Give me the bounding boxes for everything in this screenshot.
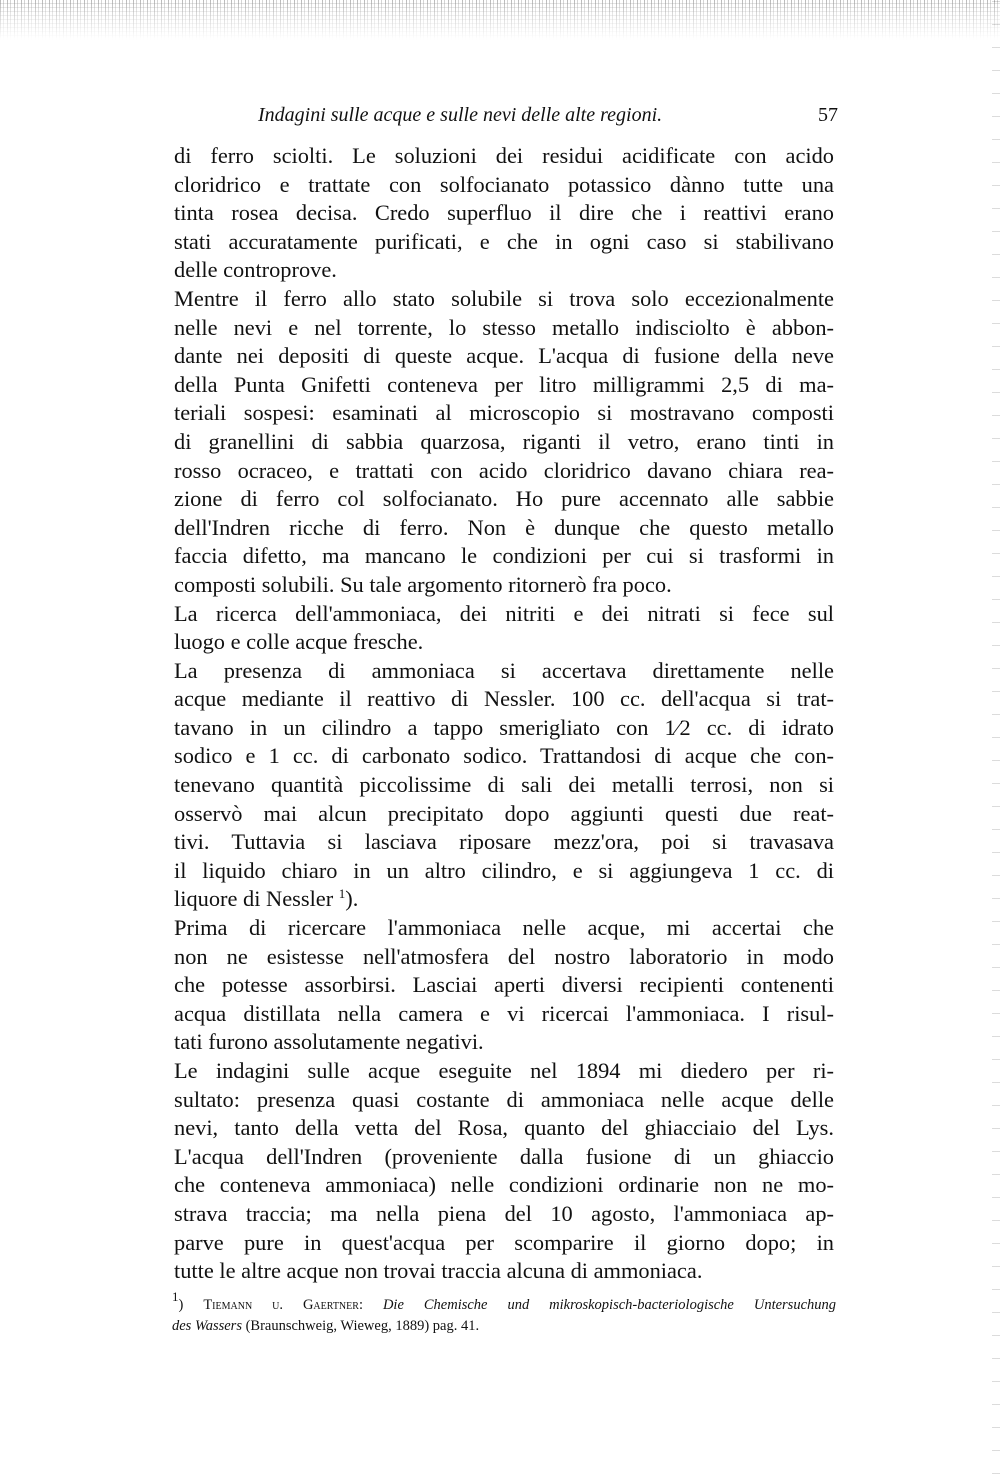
footnote-line-1: 1) Tiemann u. Gaertner: Die Chemische un… [172,1295,836,1316]
text-line-content: di ferro sciolti. Le soluzioni dei resid… [174,143,834,168]
text-line-content: rosso ocraceo, e trattati con acido clor… [174,458,834,483]
text-line-content: di granellini di sabbia quarzosa, rigant… [174,429,834,454]
footnote: 1) Tiemann u. Gaertner: Die Chemische un… [172,1295,836,1337]
text-line-content: stati accuratamente purificati, e che in… [174,229,834,254]
text-line-content: sultato: presenza quasi costante di ammo… [174,1087,834,1112]
text-line-content: che potesse assorbirsi. Lasciai aperti d… [174,972,834,997]
text-line: La presenza di ammoniaca si accertava di… [174,657,834,686]
text-line-content: luogo e colle acque fresche. [174,629,423,654]
text-line: rosso ocraceo, e trattati con acido clor… [174,457,834,486]
text-line-content: faccia difetto, ma mancano le condizioni… [174,543,834,568]
text-line: delle controprove. [174,256,834,285]
text-line: di granellini di sabbia quarzosa, rigant… [174,428,834,457]
text-line: tenevano quantità piccolissime di sali d… [174,771,834,800]
text-line: dante nei depositi di queste acque. L'ac… [174,342,834,371]
text-line-content: Mentre il ferro allo stato solubile si t… [174,286,834,311]
footnote-colon: : [359,1297,363,1313]
text-line: faccia difetto, ma mancano le condizioni… [174,542,834,571]
text-line-content: strava traccia; ma nella piena del 10 ag… [174,1201,834,1226]
text-line: non ne esistesse nell'atmosfera del nost… [174,943,834,972]
text-line-content: Le indagini sulle acque eseguite nel 189… [174,1058,834,1083]
text-line: Prima di ricercare l'ammoniaca nelle acq… [174,914,834,943]
footnote-title-part2: des Wassers [172,1318,242,1334]
text-line: zione di ferro col solfocianato. Ho pure… [174,485,834,514]
paragraph: di ferro sciolti. Le soluzioni dei resid… [174,142,834,285]
text-line: che conteneva ammoniaca) nelle condizion… [174,1171,834,1200]
footnote-authors: Tiemann u. Gaertner [203,1297,359,1313]
text-line: strava traccia; ma nella piena del 10 ag… [174,1200,834,1229]
trailing-punctuation: ). [345,886,358,911]
text-line-content: che conteneva ammoniaca) nelle condizion… [174,1172,834,1197]
text-line-content: sodico e 1 cc. di carbonato sodico. Trat… [174,743,834,768]
text-line-content: della Punta Gnifetti conteneva per litro… [174,372,834,397]
text-line-content: L'acqua dell'Indren (proveniente dalla f… [174,1144,834,1169]
text-line: che potesse assorbirsi. Lasciai aperti d… [174,971,834,1000]
text-line-content: dell'Indren ricche di ferro. Non è dunqu… [174,515,834,540]
text-line: nevi, tanto della vetta del Rosa, quanto… [174,1114,834,1143]
footnote-title-part1: Die Chemische und mikroskopisch-bacterio… [383,1297,836,1313]
text-line-content: tavano in un cilindro a tappo smerigliat… [174,715,834,740]
text-line: osservò mai alcun precipitato dopo aggiu… [174,800,834,829]
text-line: dell'Indren ricche di ferro. Non è dunqu… [174,514,834,543]
text-line: teriali sospesi: esaminati al microscopi… [174,399,834,428]
text-line-content: liquore di Nessler [174,886,333,911]
text-line-content: non ne esistesse nell'atmosfera del nost… [174,944,834,969]
text-line-content: composti solubili. Su tale argomento rit… [174,572,672,597]
text-line-content: nevi, tanto della vetta del Rosa, quanto… [174,1115,834,1140]
text-line-content: zione di ferro col solfocianato. Ho pure… [174,486,834,511]
text-line-content: tinta rosea decisa. Credo superfluo il d… [174,200,834,225]
text-line: della Punta Gnifetti conteneva per litro… [174,371,834,400]
text-line-content: cloridrico e trattate con solfocianato p… [174,172,834,197]
text-line: La ricerca dell'ammoniaca, dei nitriti e… [174,600,834,629]
text-line: sultato: presenza quasi costante di ammo… [174,1086,834,1115]
running-header: Indagini sulle acque e sulle nevi delle … [258,104,838,132]
text-line-content: tenevano quantità piccolissime di sali d… [174,772,834,797]
text-line-content: tati furono assolutamente negativi. [174,1029,484,1054]
text-line-content: dante nei depositi di queste acque. L'ac… [174,343,834,368]
body-text: di ferro sciolti. Le soluzioni dei resid… [174,142,834,1286]
text-line-content: La ricerca dell'ammoniaca, dei nitriti e… [174,601,834,626]
footnote-line-2: des Wassers (Braunschweig, Wieweg, 1889)… [172,1316,836,1337]
text-line: acqua distillata nella camera e vi ricer… [174,1000,834,1029]
footnote-marker: 1 [172,1289,179,1304]
text-line-content: nelle nevi e nel torrente, lo stesso met… [174,315,834,340]
text-line: stati accuratamente purificati, e che in… [174,228,834,257]
text-line: luogo e colle acque fresche. [174,628,834,657]
text-line-content: delle controprove. [174,257,337,282]
text-line-content: tivi. Tuttavia si lasciava riposare mezz… [174,829,834,854]
text-line: tinta rosea decisa. Credo superfluo il d… [174,199,834,228]
text-line-content: teriali sospesi: esaminati al microscopi… [174,400,834,425]
text-line: L'acqua dell'Indren (proveniente dalla f… [174,1143,834,1172]
paragraph: La ricerca dell'ammoniaca, dei nitriti e… [174,600,834,657]
text-line: tavano in un cilindro a tappo smerigliat… [174,714,834,743]
text-line: Mentre il ferro allo stato solubile si t… [174,285,834,314]
text-line: Le indagini sulle acque eseguite nel 189… [174,1057,834,1086]
text-line-content: parve pure in quest'acqua per scomparire… [174,1230,834,1255]
text-line: cloridrico e trattate con solfocianato p… [174,171,834,200]
running-title: Indagini sulle acque e sulle nevi delle … [258,104,662,127]
text-line: parve pure in quest'acqua per scomparire… [174,1229,834,1258]
scan-noise-right-edge [992,0,1000,1474]
text-line-content: Prima di ricercare l'ammoniaca nelle acq… [174,915,834,940]
text-line: acque mediante il reattivo di Nessler. 1… [174,685,834,714]
text-line: sodico e 1 cc. di carbonato sodico. Trat… [174,742,834,771]
paragraph: Le indagini sulle acque eseguite nel 189… [174,1057,834,1286]
page-number: 57 [818,104,838,127]
paragraph: Prima di ricercare l'ammoniaca nelle acq… [174,914,834,1057]
text-line-content: acqua distillata nella camera e vi ricer… [174,1001,834,1026]
text-line: liquore di Nessler 1). [174,885,834,914]
text-line: nelle nevi e nel torrente, lo stesso met… [174,314,834,343]
text-line: tutte le altre acque non trovai traccia … [174,1257,834,1286]
text-line-content: tutte le altre acque non trovai traccia … [174,1258,702,1283]
text-line-content: La presenza di ammoniaca si accertava di… [174,658,834,683]
text-line: di ferro sciolti. Le soluzioni dei resid… [174,142,834,171]
text-line: composti solubili. Su tale argomento rit… [174,571,834,600]
text-line: il liquido chiaro in un altro cilindro, … [174,857,834,886]
paragraph: Mentre il ferro allo stato solubile si t… [174,285,834,600]
footnote-publication: (Braunschweig, Wieweg, 1889) pag. 41. [246,1318,480,1334]
text-line: tivi. Tuttavia si lasciava riposare mezz… [174,828,834,857]
paragraph: La presenza di ammoniaca si accertava di… [174,657,834,914]
text-line-content: osservò mai alcun precipitato dopo aggiu… [174,801,834,826]
text-line-content: il liquido chiaro in un altro cilindro, … [174,858,834,883]
text-line-content: acque mediante il reattivo di Nessler. 1… [174,686,834,711]
text-line: tati furono assolutamente negativi. [174,1028,834,1057]
scan-noise-top-edge [0,0,1000,40]
